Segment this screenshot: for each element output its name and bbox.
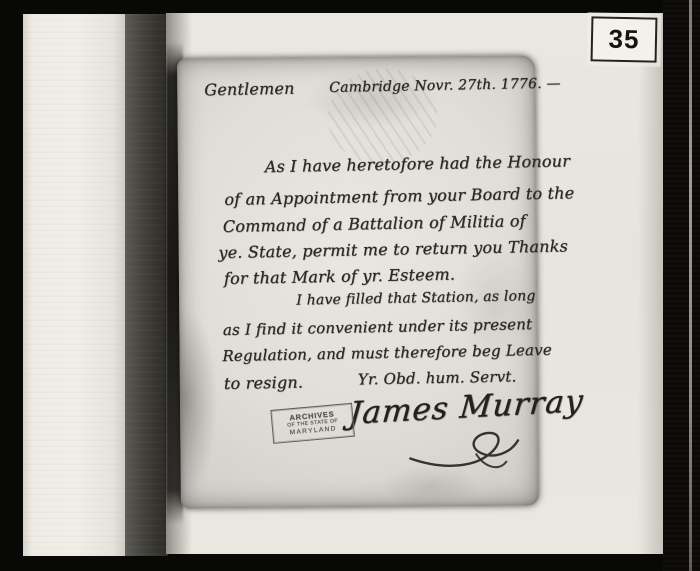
letter-line: Command of a Battalion of Militia of: [223, 211, 526, 236]
film-left-band: [23, 14, 125, 556]
letter-line: I have filled that Station, as long: [296, 288, 536, 309]
letter-line: of an Appointment from your Board to the: [224, 183, 574, 209]
letter-text: Gentlemen Cambridge Novr. 27th. 1776. — …: [177, 52, 544, 509]
frame-number-card: 35: [591, 16, 658, 62]
letter-line: to resign.: [224, 373, 304, 394]
letter-line: as I find it convenient under its presen…: [223, 315, 533, 339]
letter-paper: Gentlemen Cambridge Novr. 27th. 1776. — …: [177, 55, 539, 508]
microfilm-scan: Gentlemen Cambridge Novr. 27th. 1776. — …: [0, 0, 700, 571]
frame-number: 35: [608, 24, 640, 56]
letter-dateline: Cambridge Novr. 27th. 1776. —: [329, 76, 561, 96]
film-edge-line: [689, 0, 692, 571]
letter-salutation: Gentlemen: [204, 79, 295, 100]
letter-line: Regulation, and must therefore beg Leave: [222, 341, 552, 365]
film-dark-gap: [125, 14, 168, 556]
film-right-band: [663, 0, 700, 571]
signature-flourish-icon: [406, 428, 525, 476]
letter-line: for that Mark of yr. Esteem.: [224, 265, 456, 288]
letter-line: ye. State, permit me to return you Thank…: [218, 236, 568, 262]
letter-closing: Yr. Obd. hum. Servt.: [358, 367, 517, 388]
letter-line: As I have heretofore had the Honour: [265, 151, 571, 176]
archives-stamp: ARCHIVES OF THE STATE OF MARYLAND: [270, 403, 355, 444]
